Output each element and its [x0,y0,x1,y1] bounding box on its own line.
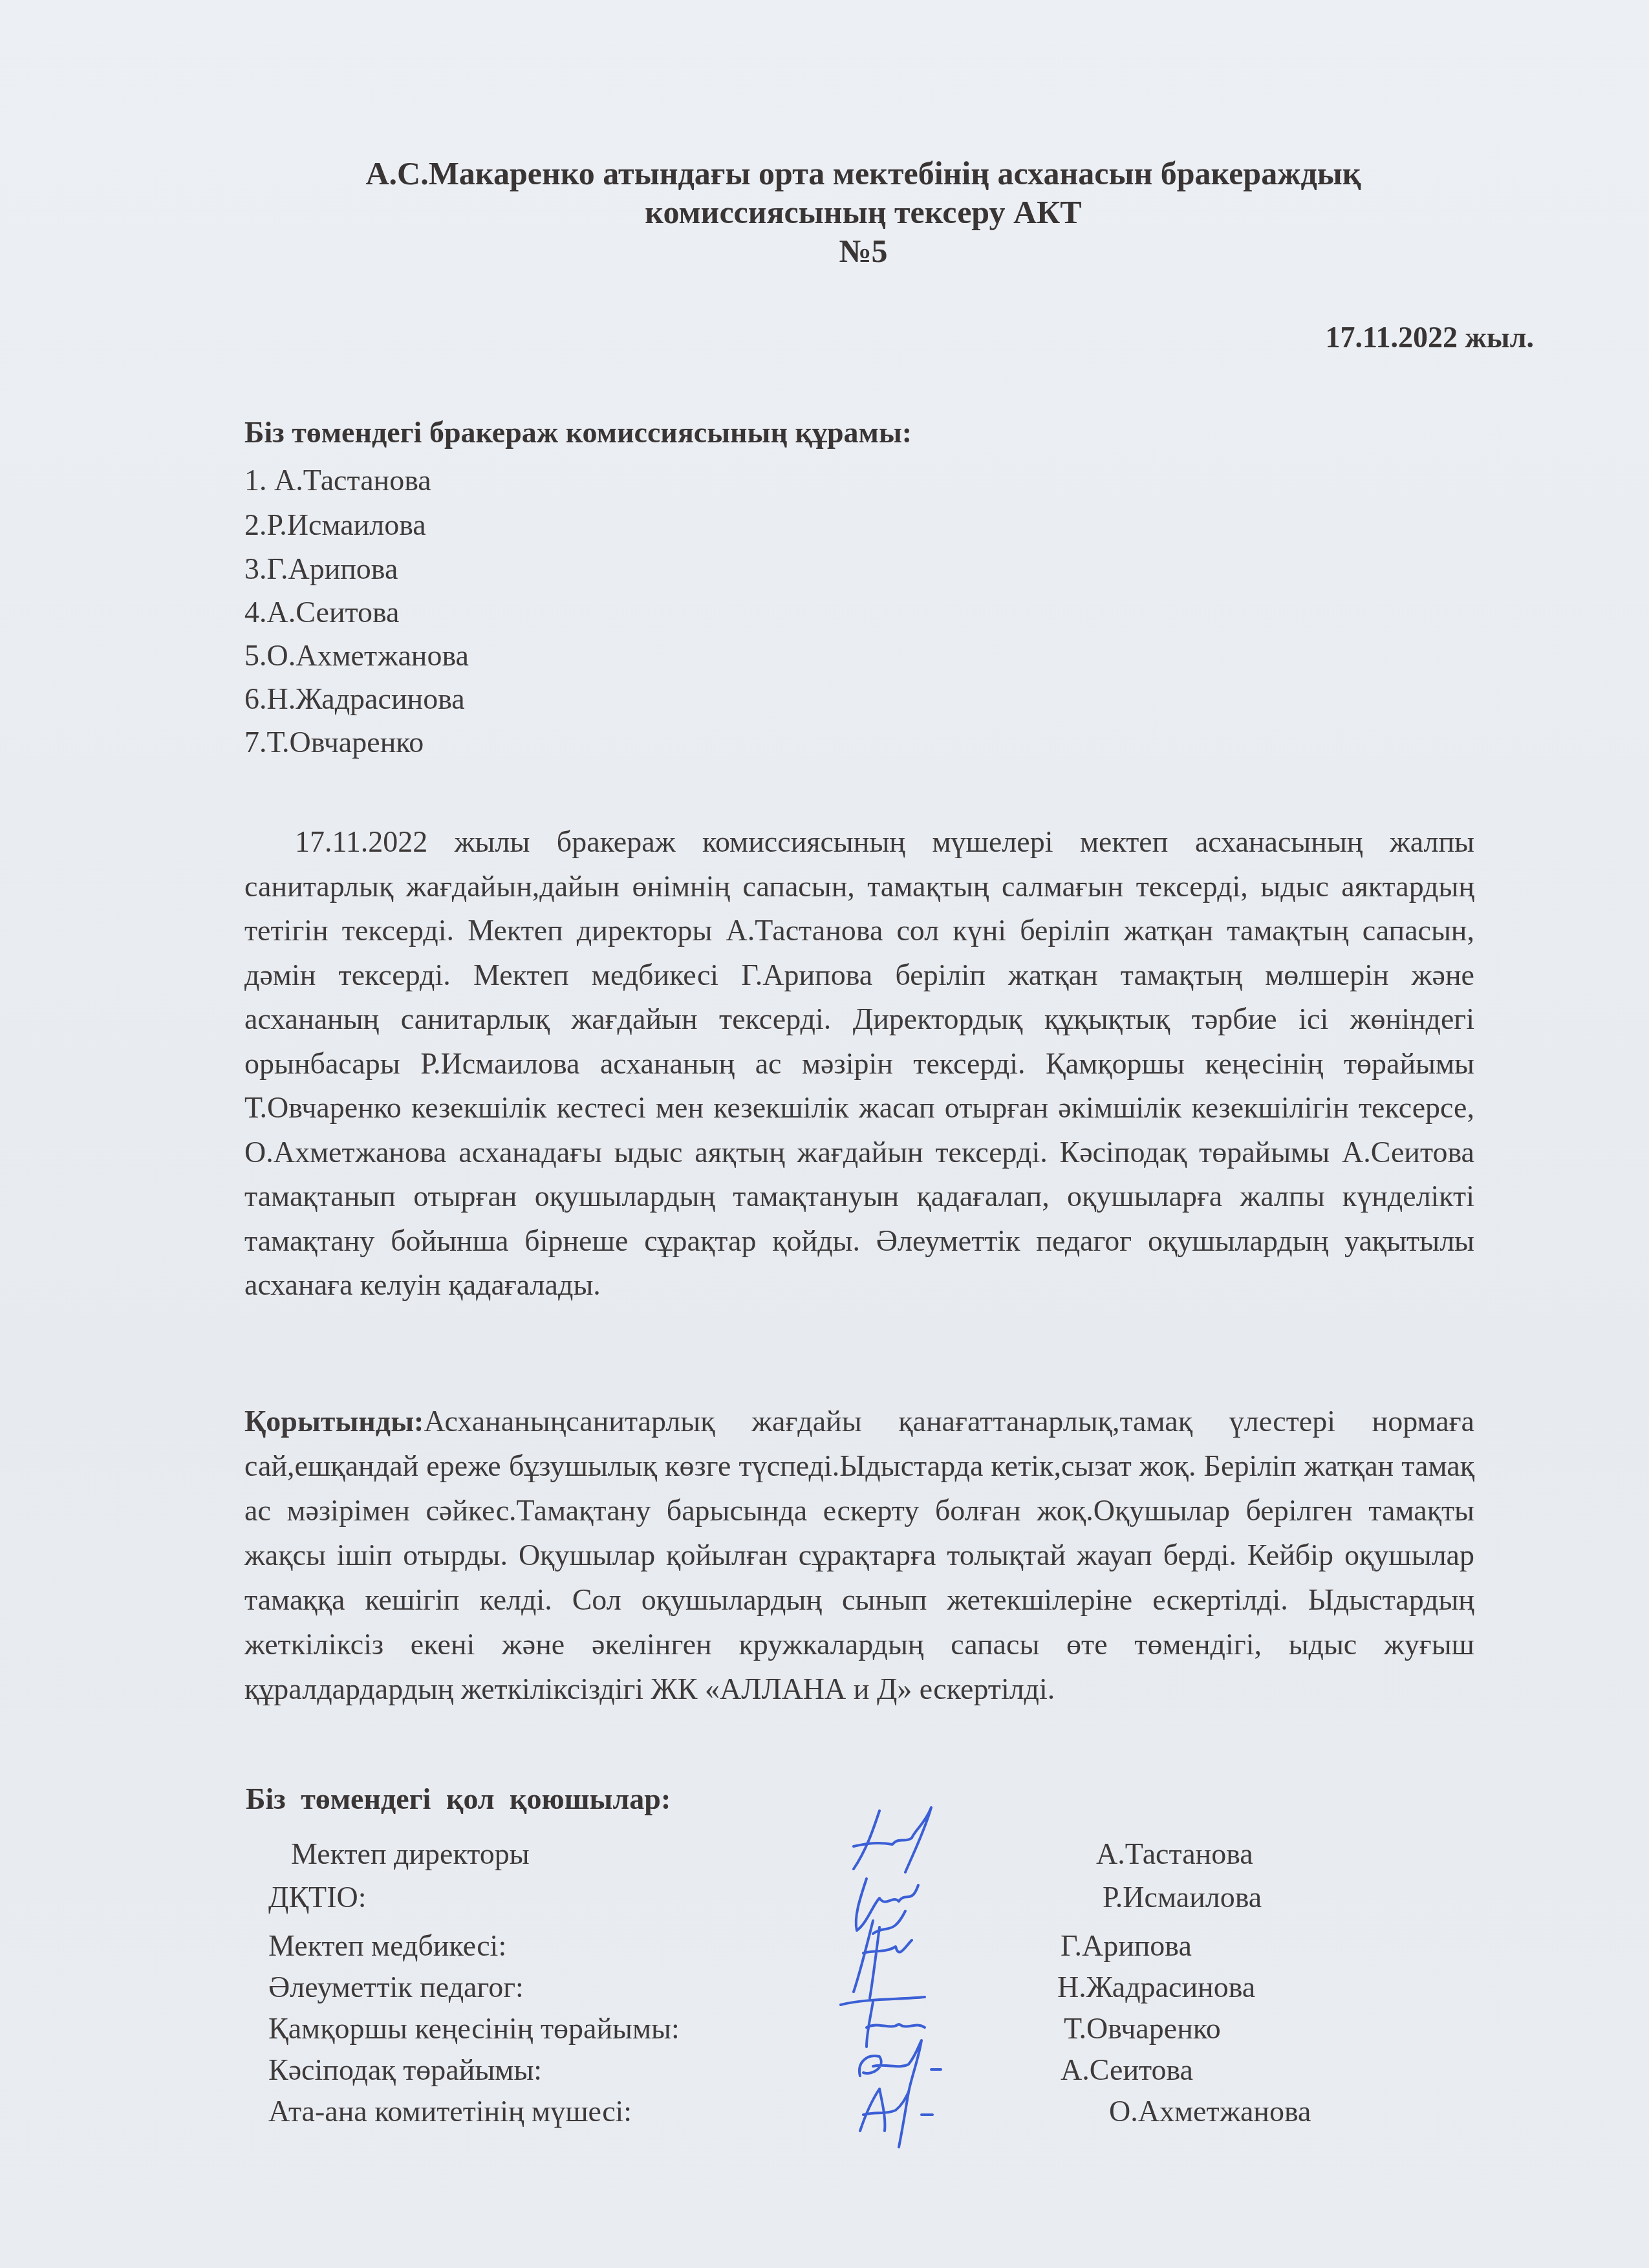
member-item: 2.Р.Исмаилова [244,502,469,547]
inspection-paragraph: 17.11.2022 жылы бракераж комиссиясының м… [244,820,1474,1308]
signer-name: Н.Жадрасинова [1057,1970,1255,2004]
signer-role: Кәсіподақ төрайымы: [268,2053,542,2087]
member-item: 6.Н.Жадрасинова [244,677,469,720]
document-date: 17.11.2022 жыл. [1325,320,1534,354]
signer-name: А.Сеитова [1061,2053,1193,2087]
signer-name: Т.Овчаренко [1064,2011,1221,2046]
member-item: 3.Г.Арипова [244,547,469,590]
signer-role: Ата-ана комитетінің мүшесі: [268,2094,632,2128]
signer-name: О.Ахметжанова [1109,2094,1311,2128]
signer-role: Мектеп медбикесі: [268,1928,506,1963]
title-line-1: А.С.Макаренко атындағы орта мектебінің а… [246,154,1481,193]
conclusion-paragraph: Қорытынды:Асхананыңсанитарлық жағдайы қа… [244,1399,1474,1711]
document-title: А.С.Макаренко атындағы орта мектебінің а… [246,154,1481,270]
composition-heading: Біз төмендегі бракераж комиссиясының құр… [244,415,912,449]
title-line-2: комиссиясының тексеру АКТ [246,193,1481,232]
signer-role: Мектеп директоры [291,1837,530,1871]
member-item: 5.О.Ахметжанова [244,634,469,677]
signer-role: ДҚТІО: [268,1880,366,1914]
member-item: 1. А.Тастанова [244,458,469,502]
scanned-page: А.С.Макаренко атындағы орта мектебінің а… [0,0,1649,2268]
signer-role: Қамқоршы кеңесінің төрайымы: [268,2011,680,2046]
signature-icon [847,2079,944,2150]
member-list: 1. А.Тастанова 2.Р.Исмаилова 3.Г.Арипова… [244,458,469,764]
conclusion-text: Асхананыңсанитарлық жағдайы қанағаттанар… [244,1405,1474,1705]
signers-heading: Біз төмендегі қол қоюшылар: [246,1782,671,1816]
act-number: №5 [246,232,1481,270]
signer-name: Р.Исмаилова [1103,1880,1262,1914]
signer-name: Г.Арипова [1061,1928,1192,1963]
signer-name: А.Тастанова [1096,1837,1253,1871]
signer-role: Әлеуметтік педагог: [268,1970,524,2004]
member-item: 7.Т.Овчаренко [244,720,469,764]
member-item: 4.А.Сеитова [244,590,469,634]
conclusion-label: Қорытынды: [244,1405,424,1438]
